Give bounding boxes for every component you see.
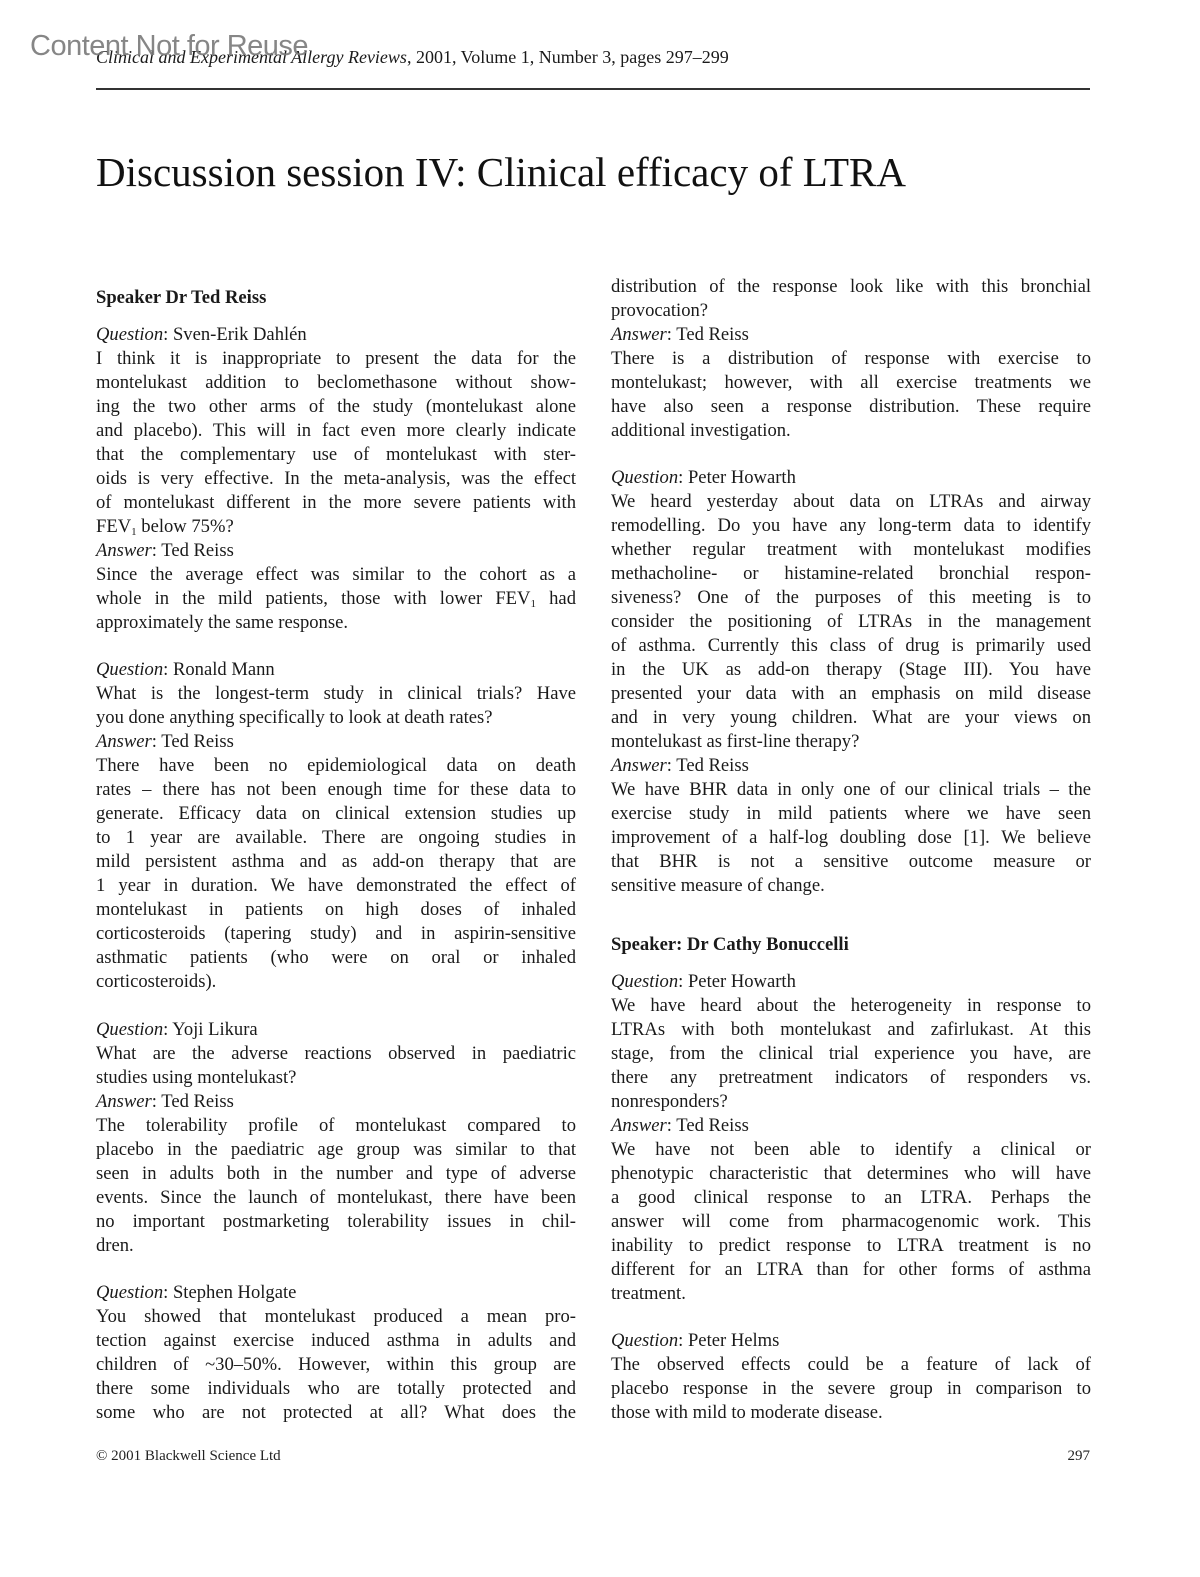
question-attribution: Question: Yoji Likura bbox=[96, 1018, 576, 1042]
text-line: The tolerability profile of montelukast … bbox=[96, 1114, 576, 1138]
text-line: there any pretreatment indicators of res… bbox=[611, 1066, 1091, 1090]
text-line: children of ~30–50%. However, within thi… bbox=[96, 1353, 576, 1377]
text-line: You showed that montelukast produced a m… bbox=[96, 1305, 576, 1329]
answerer-name: Ted Reiss bbox=[161, 731, 234, 752]
text-line: a good clinical response to an LTRA. Per… bbox=[611, 1186, 1091, 1210]
text-line: We have heard about the heterogeneity in… bbox=[611, 994, 1091, 1018]
text-line: placebo response in the severe group in … bbox=[611, 1377, 1091, 1401]
answerer-name: Ted Reiss bbox=[676, 1115, 749, 1136]
page-number: 297 bbox=[1068, 1448, 1091, 1465]
text-line: presented your data with an emphasis on … bbox=[611, 682, 1091, 706]
text-line: The observed effects could be a feature … bbox=[611, 1353, 1091, 1377]
asker-name: Sven-Erik Dahlén bbox=[173, 324, 307, 345]
header-rule bbox=[96, 88, 1090, 90]
text-line: dren. bbox=[96, 1234, 576, 1258]
watermark: Content Not for Reuse bbox=[30, 30, 308, 63]
text-line: treatment. bbox=[611, 1282, 1091, 1306]
text-line: What is the longest-term study in clinic… bbox=[96, 682, 576, 706]
text-line: improvement of a half-log doubling dose … bbox=[611, 826, 1091, 850]
question-attribution: Question: Ronald Mann bbox=[96, 658, 576, 682]
asker-name: Peter Helms bbox=[688, 1330, 779, 1351]
text-line: Since the average effect was similar to … bbox=[96, 563, 576, 587]
text-line: approximately the same response. bbox=[96, 611, 576, 635]
text-line: There is a distribution of response with… bbox=[611, 347, 1091, 371]
answerer-name: Ted Reiss bbox=[161, 540, 234, 561]
asker-name: Stephen Holgate bbox=[173, 1282, 296, 1303]
text-line: ing the two other arms of the study (mon… bbox=[96, 395, 576, 419]
text-line: generate. Efficacy data on clinical exte… bbox=[96, 802, 576, 826]
answerer-name: Ted Reiss bbox=[676, 324, 749, 345]
text-line: consider the positioning of LTRAs in the… bbox=[611, 610, 1091, 634]
question-attribution: Question: Peter Howarth bbox=[611, 970, 1091, 994]
question-attribution: Question: Stephen Holgate bbox=[96, 1281, 576, 1305]
text-line: that BHR is not a sensitive outcome meas… bbox=[611, 850, 1091, 874]
text-line: inability to predict response to LTRA tr… bbox=[611, 1234, 1091, 1258]
text-line: studies using montelukast? bbox=[96, 1066, 576, 1090]
text-line: have also seen a response distribution. … bbox=[611, 395, 1091, 419]
text-line: events. Since the launch of montelukast,… bbox=[96, 1186, 576, 1210]
text-line: remodelling. Do you have any long-term d… bbox=[611, 514, 1091, 538]
text-line: What are the adverse reactions observed … bbox=[96, 1042, 576, 1066]
text-line: tection against exercise induced asthma … bbox=[96, 1329, 576, 1353]
text-line: exercise study in mild patients where we… bbox=[611, 802, 1091, 826]
text-line: distribution of the response look like w… bbox=[611, 275, 1091, 299]
text-line: mild persistent asthma and as add-on the… bbox=[96, 850, 576, 874]
answerer-name: Ted Reiss bbox=[676, 755, 749, 776]
text-line: additional investigation. bbox=[611, 419, 1091, 443]
text-line: of asthma. Currently this class of drug … bbox=[611, 634, 1091, 658]
question-attribution: Question: Peter Howarth bbox=[611, 466, 1091, 490]
text-line: placebo in the paediatric age group was … bbox=[96, 1138, 576, 1162]
text-line: rates – there has not been enough time f… bbox=[96, 778, 576, 802]
speaker-heading: Speaker: Dr Cathy Bonuccelli bbox=[611, 933, 1091, 957]
text-line: We have BHR data in only one of our clin… bbox=[611, 778, 1091, 802]
answerer-name: Ted Reiss bbox=[161, 1091, 234, 1112]
text-line: I think it is inappropriate to present t… bbox=[96, 347, 576, 371]
copyright-notice: © 2001 Blackwell Science Ltd bbox=[96, 1448, 281, 1465]
text-line: We have not been able to identify a clin… bbox=[611, 1138, 1091, 1162]
text-line: corticosteroids (tapering study) and in … bbox=[96, 922, 576, 946]
text-line: montelukast addition to beclomethasone w… bbox=[96, 371, 576, 395]
text-line: to 1 year are available. There are ongoi… bbox=[96, 826, 576, 850]
text-line: those with mild to moderate disease. bbox=[611, 1401, 1091, 1425]
text-line: you done anything specifically to look a… bbox=[96, 706, 576, 730]
text-line: whole in the mild patients, those with l… bbox=[96, 587, 576, 611]
text-line: there some individuals who are totally p… bbox=[96, 1377, 576, 1401]
text-line: montelukast; however, with all exercise … bbox=[611, 371, 1091, 395]
text-line: seen in adults both in the number and ty… bbox=[96, 1162, 576, 1186]
text-line: 1 year in duration. We have demonstrated… bbox=[96, 874, 576, 898]
asker-name: Yoji Likura bbox=[172, 1019, 257, 1040]
text-line: phenotypic characteristic that determine… bbox=[611, 1162, 1091, 1186]
text-line: We heard yesterday about data on LTRAs a… bbox=[611, 490, 1091, 514]
speaker-heading: Speaker Dr Ted Reiss bbox=[96, 286, 576, 310]
text-line: nonresponders? bbox=[611, 1090, 1091, 1114]
question-attribution: Question: Sven-Erik Dahlén bbox=[96, 323, 576, 347]
text-line: siveness? One of the purposes of this me… bbox=[611, 586, 1091, 610]
article-title: Discussion session IV: Clinical efficacy… bbox=[96, 148, 906, 196]
text-line: some who are not protected at all? What … bbox=[96, 1401, 576, 1425]
text-line: sensitive measure of change. bbox=[611, 874, 1091, 898]
answer-attribution: Answer: Ted Reiss bbox=[96, 539, 576, 563]
text-line: methacholine- or histamine-related bronc… bbox=[611, 562, 1091, 586]
question-attribution: Question: Peter Helms bbox=[611, 1329, 1091, 1353]
asker-name: Peter Howarth bbox=[688, 467, 796, 488]
text-line: There have been no epidemiological data … bbox=[96, 754, 576, 778]
citation: , 2001, Volume 1, Number 3, pages 297–29… bbox=[407, 47, 729, 67]
answer-attribution: Answer: Ted Reiss bbox=[96, 730, 576, 754]
text-line: asthmatic patients (who were on oral or … bbox=[96, 946, 576, 970]
text-line: of montelukast different in the more sev… bbox=[96, 491, 576, 515]
text-line: and in very young children. What are you… bbox=[611, 706, 1091, 730]
text-line: montelukast as first-line therapy? bbox=[611, 730, 1091, 754]
text-line: LTRAs with both montelukast and zafirluk… bbox=[611, 1018, 1091, 1042]
text-line: whether regular treatment with monteluka… bbox=[611, 538, 1091, 562]
text-line: FEV1 below 75%? bbox=[96, 515, 576, 539]
text-line: oids is very effective. In the meta-anal… bbox=[96, 467, 576, 491]
text-line: that the complementary use of montelukas… bbox=[96, 443, 576, 467]
answer-attribution: Answer: Ted Reiss bbox=[611, 323, 1091, 347]
text-line: corticosteroids). bbox=[96, 970, 576, 994]
answer-attribution: Answer: Ted Reiss bbox=[96, 1090, 576, 1114]
text-line: montelukast in patients on high doses of… bbox=[96, 898, 576, 922]
text-line: in the UK as add-on therapy (Stage III).… bbox=[611, 658, 1091, 682]
text-line: stage, from the clinical trial experienc… bbox=[611, 1042, 1091, 1066]
asker-name: Ronald Mann bbox=[173, 659, 275, 680]
text-line: no important postmarketing tolerability … bbox=[96, 1210, 576, 1234]
text-line: provocation? bbox=[611, 299, 1091, 323]
answer-attribution: Answer: Ted Reiss bbox=[611, 754, 1091, 778]
text-line: and placebo). This will in fact even mor… bbox=[96, 419, 576, 443]
text-line: different for an LTRA than for other for… bbox=[611, 1258, 1091, 1282]
asker-name: Peter Howarth bbox=[688, 971, 796, 992]
answer-attribution: Answer: Ted Reiss bbox=[611, 1114, 1091, 1138]
text-line: answer will come from pharmacogenomic wo… bbox=[611, 1210, 1091, 1234]
